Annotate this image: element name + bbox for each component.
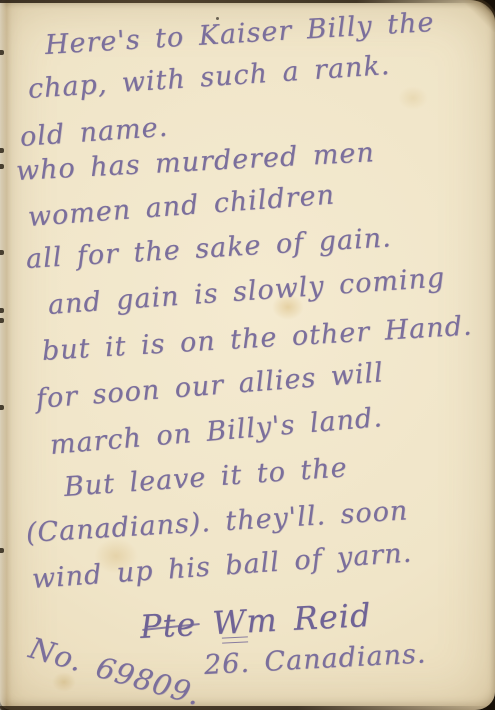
verse-line-5: women and children [27,180,336,233]
curled-corner [457,0,495,32]
verse-line-7: and gain is slowly coming [47,262,446,321]
album-page-paper: Here's to Kaiser Billy the chap, with su… [0,0,495,710]
stitch-mark [0,250,4,255]
binding-gutter [0,0,12,710]
stitch-mark [0,164,4,169]
stitch-mark [0,308,4,313]
stitch-mark [0,50,4,55]
stitch-mark [0,548,4,553]
verse-line-11: But leave it to the [63,452,349,503]
verse-line-8: but it is on the other Hand. [41,310,473,367]
verse-line-3: old name. [19,112,169,153]
stitch-mark [0,405,4,410]
wm-superscript-underline [222,636,248,643]
verse-line-6: all for the sake of gain. [25,222,392,275]
stitch-mark [0,318,4,323]
scanned-page: Here's to Kaiser Billy the chap, with su… [0,0,495,710]
verse-line-13: wind up his ball of yarn. [31,537,413,595]
page-top-edge [0,0,495,3]
signature-name: Pte Wm Reid [139,596,372,646]
stitch-mark [0,148,4,153]
signature-unit: 26. Canadians. [203,638,427,681]
paper-stain [398,86,428,110]
page-bottom-edge [0,706,495,710]
